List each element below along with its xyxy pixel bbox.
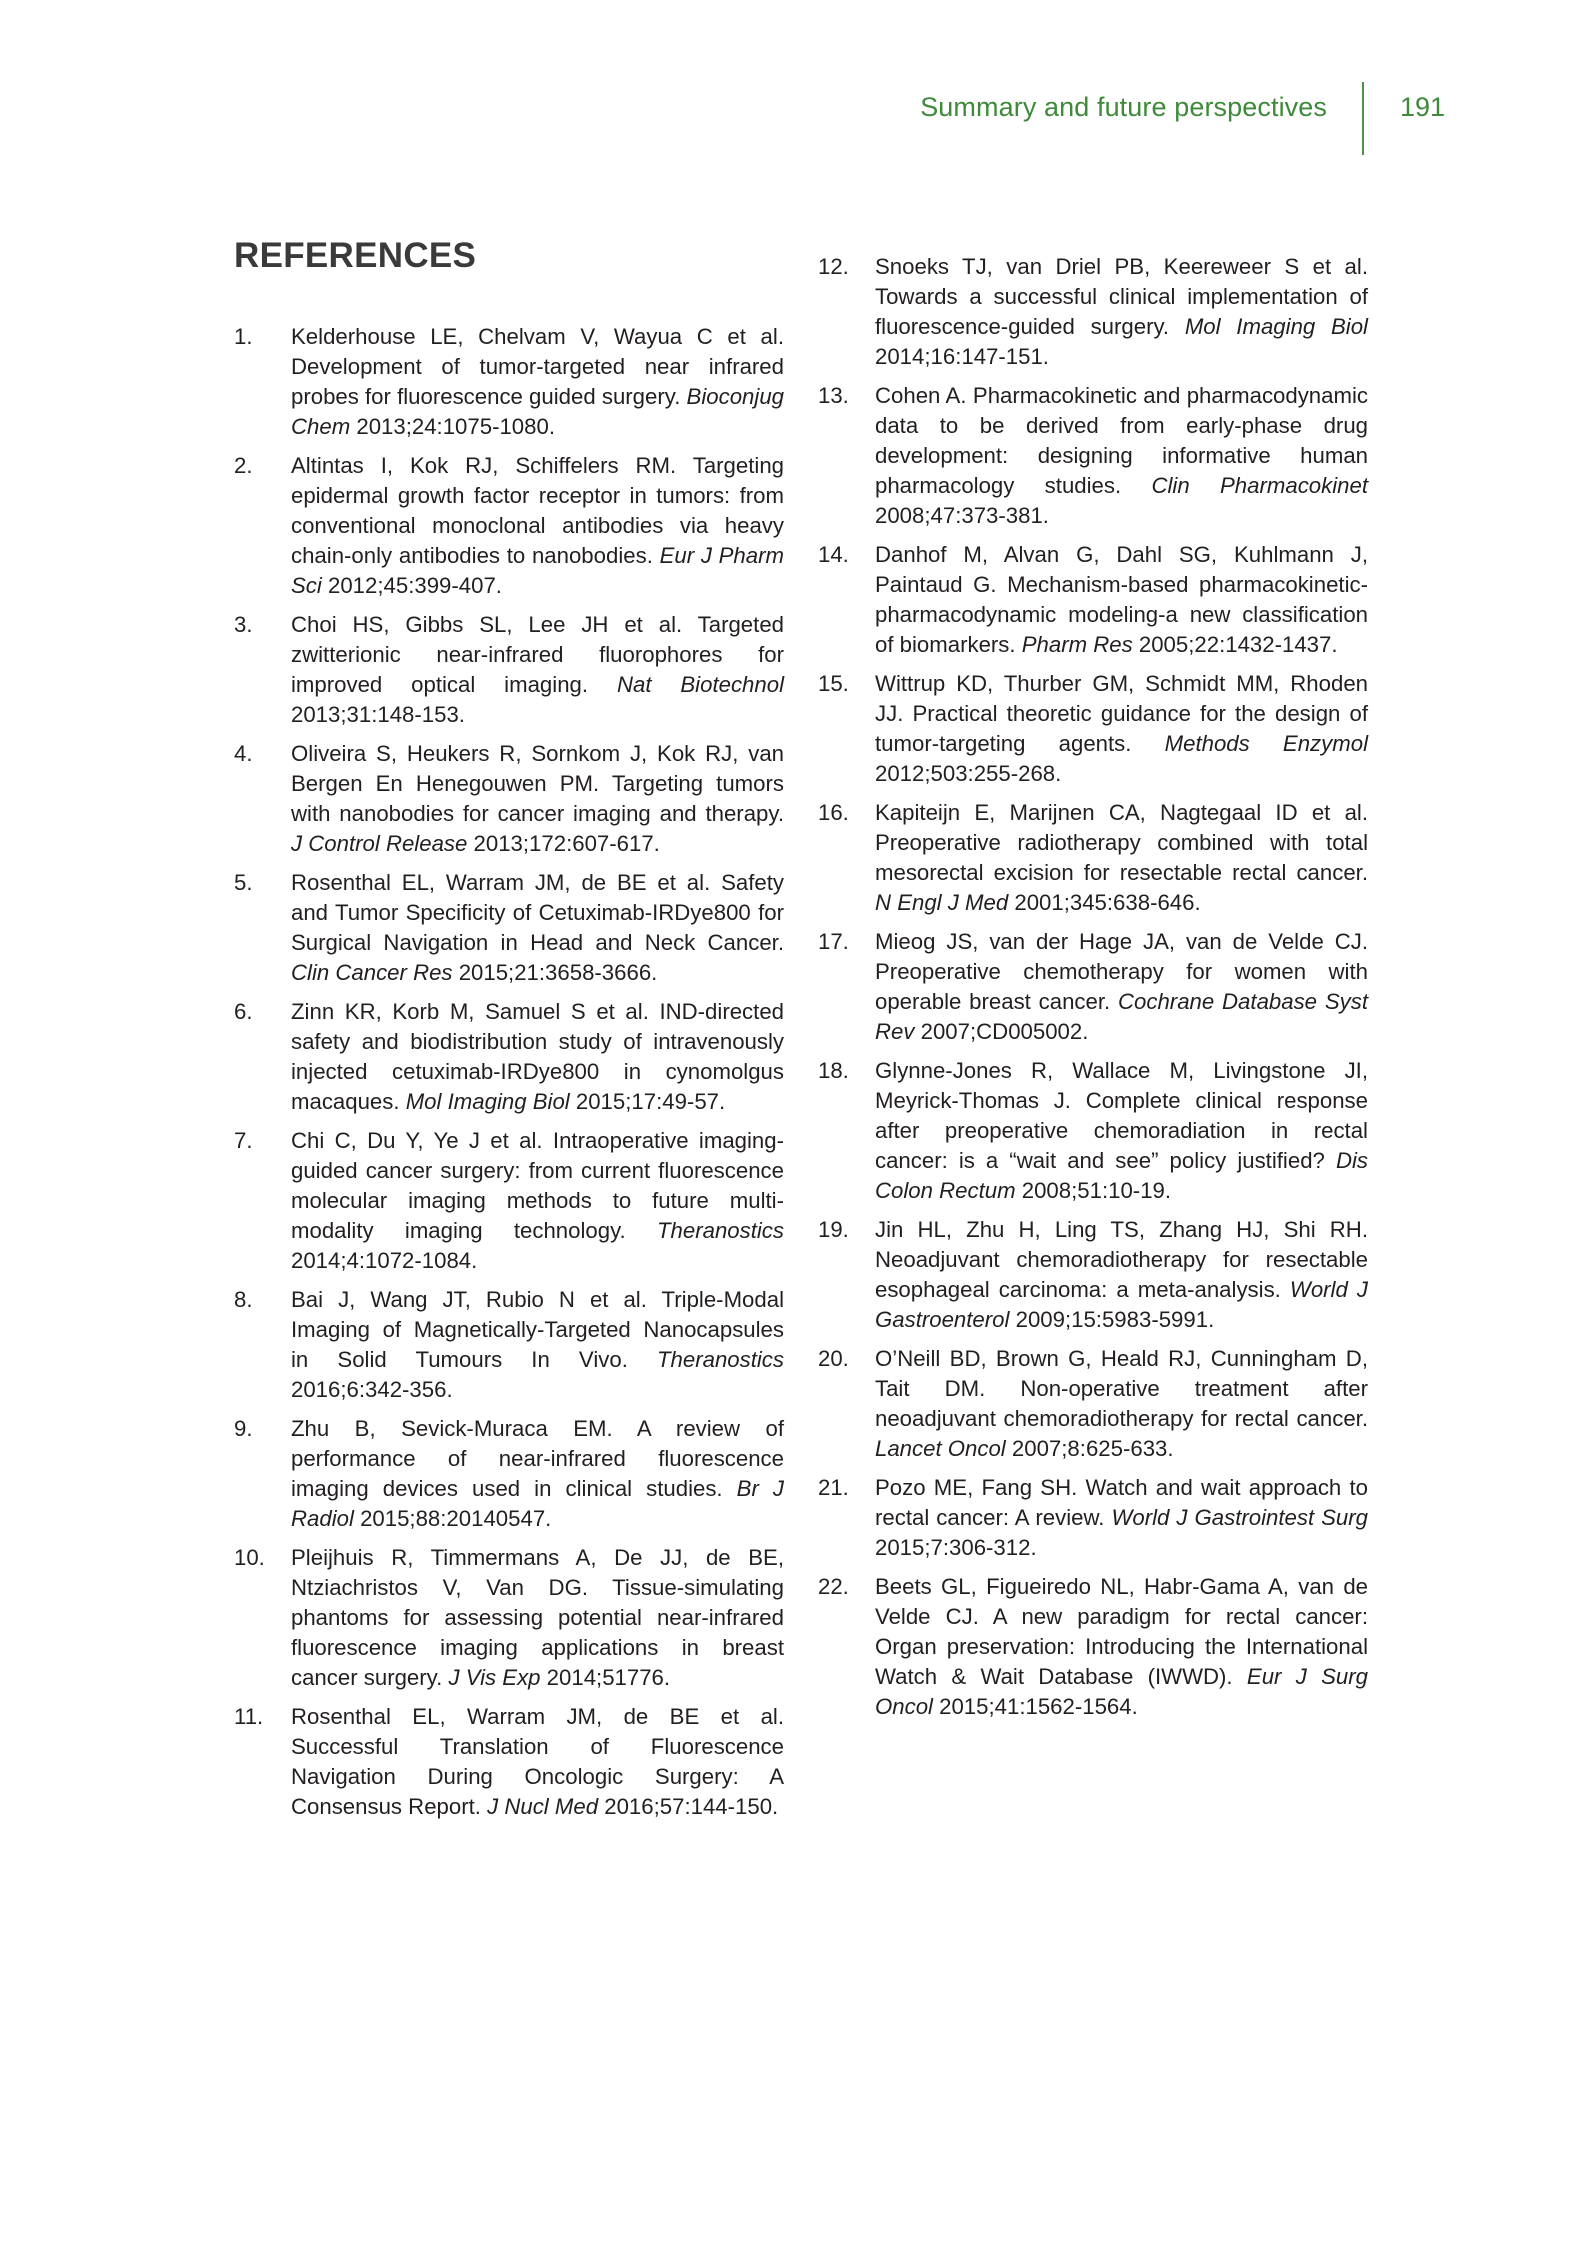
reference-item: 16.Kapiteijn E, Marijnen CA, Nagtegaal I… bbox=[818, 798, 1368, 918]
reference-list-left: 1.Kelderhouse LE, Chelvam V, Wayua C et … bbox=[234, 322, 784, 1822]
reference-item: 7.Chi C, Du Y, Ye J et al. Intraoperativ… bbox=[234, 1126, 784, 1276]
reference-citation: 2009;15:5983-5991. bbox=[1009, 1307, 1214, 1332]
reference-citation: 2013;31:148-153. bbox=[291, 702, 465, 727]
reference-item: 6.Zinn KR, Korb M, Samuel S et al. IND-d… bbox=[234, 997, 784, 1117]
reference-text: Mieog JS, van der Hage JA, van de Velde … bbox=[875, 927, 1368, 1047]
reference-item: 18.Glynne-Jones R, Wallace M, Livingston… bbox=[818, 1056, 1368, 1206]
reference-item: 12.Snoeks TJ, van Driel PB, Keereweer S … bbox=[818, 252, 1368, 372]
reference-item: 13.Cohen A. Pharmacokinetic and pharmaco… bbox=[818, 381, 1368, 531]
reference-citation: 2007;CD005002. bbox=[914, 1019, 1088, 1044]
reference-text: Zinn KR, Korb M, Samuel S et al. IND-dir… bbox=[291, 997, 784, 1117]
reference-journal: Pharm Res bbox=[1022, 632, 1133, 657]
reference-number: 20. bbox=[818, 1344, 875, 1464]
reference-list-right: 12.Snoeks TJ, van Driel PB, Keereweer S … bbox=[818, 252, 1368, 1722]
reference-item: 22.Beets GL, Figueiredo NL, Habr-Gama A,… bbox=[818, 1572, 1368, 1722]
reference-text: Snoeks TJ, van Driel PB, Keereweer S et … bbox=[875, 252, 1368, 372]
reference-item: 21.Pozo ME, Fang SH. Watch and wait appr… bbox=[818, 1473, 1368, 1563]
reference-citation: 2014;4:1072-1084. bbox=[291, 1248, 477, 1273]
reference-number: 11. bbox=[234, 1702, 291, 1822]
running-title: Summary and future perspectives bbox=[920, 92, 1327, 123]
reference-journal: Clin Pharmacokinet bbox=[1151, 473, 1368, 498]
reference-journal: Methods Enzymol bbox=[1165, 731, 1368, 756]
reference-citation: 2012;45:399-407. bbox=[322, 573, 502, 598]
reference-journal: Nat Biotechnol bbox=[617, 672, 784, 697]
reference-citation: 2016;57:144-150. bbox=[598, 1794, 778, 1819]
section-heading: REFERENCES bbox=[234, 236, 476, 276]
reference-text: Oliveira S, Heukers R, Sornkom J, Kok RJ… bbox=[291, 739, 784, 859]
reference-journal: J Control Release bbox=[291, 831, 467, 856]
reference-item: 8.Bai J, Wang JT, Rubio N et al. Triple-… bbox=[234, 1285, 784, 1405]
reference-text: Rosenthal EL, Warram JM, de BE et al. Su… bbox=[291, 1702, 784, 1822]
reference-citation: 2016;6:342-356. bbox=[291, 1377, 453, 1402]
reference-citation: 2015;41:1562-1564. bbox=[933, 1694, 1138, 1719]
reference-text: Glynne-Jones R, Wallace M, Livingstone J… bbox=[875, 1056, 1368, 1206]
reference-journal: Clin Cancer Res bbox=[291, 960, 453, 985]
reference-number: 7. bbox=[234, 1126, 291, 1276]
reference-number: 16. bbox=[818, 798, 875, 918]
reference-item: 10.Pleijhuis R, Timmermans A, De JJ, de … bbox=[234, 1543, 784, 1693]
reference-journal: Theranostics bbox=[657, 1347, 784, 1372]
reference-text: Choi HS, Gibbs SL, Lee JH et al. Targete… bbox=[291, 610, 784, 730]
reference-authors-title: Kapiteijn E, Marijnen CA, Nagtegaal ID e… bbox=[875, 800, 1368, 885]
reference-text: Zhu B, Sevick-Muraca EM. A review of per… bbox=[291, 1414, 784, 1534]
reference-number: 13. bbox=[818, 381, 875, 531]
reference-number: 18. bbox=[818, 1056, 875, 1206]
reference-citation: 2014;16:147-151. bbox=[875, 344, 1049, 369]
reference-number: 6. bbox=[234, 997, 291, 1117]
reference-citation: 2001;345:638-646. bbox=[1008, 890, 1200, 915]
reference-item: 15.Wittrup KD, Thurber GM, Schmidt MM, R… bbox=[818, 669, 1368, 789]
reference-text: O’Neill BD, Brown G, Heald RJ, Cunningha… bbox=[875, 1344, 1368, 1464]
reference-authors-title: Glynne-Jones R, Wallace M, Livingstone J… bbox=[875, 1058, 1368, 1173]
reference-citation: 2005;22:1432-1437. bbox=[1133, 632, 1338, 657]
reference-item: 4.Oliveira S, Heukers R, Sornkom J, Kok … bbox=[234, 739, 784, 859]
reference-text: Cohen A. Pharmacokinetic and pharmacodyn… bbox=[875, 381, 1368, 531]
reference-text: Altintas I, Kok RJ, Schiffelers RM. Targ… bbox=[291, 451, 784, 601]
reference-citation: 2014;51776. bbox=[541, 1665, 671, 1690]
reference-citation: 2013;172:607-617. bbox=[467, 831, 659, 856]
reference-number: 10. bbox=[234, 1543, 291, 1693]
reference-number: 21. bbox=[818, 1473, 875, 1563]
reference-number: 3. bbox=[234, 610, 291, 730]
reference-item: 20.O’Neill BD, Brown G, Heald RJ, Cunnin… bbox=[818, 1344, 1368, 1464]
reference-item: 5.Rosenthal EL, Warram JM, de BE et al. … bbox=[234, 868, 784, 988]
reference-citation: 2015;7:306-312. bbox=[875, 1535, 1037, 1560]
reference-journal: J Vis Exp bbox=[448, 1665, 540, 1690]
reference-item: 11.Rosenthal EL, Warram JM, de BE et al.… bbox=[234, 1702, 784, 1822]
reference-text: Kapiteijn E, Marijnen CA, Nagtegaal ID e… bbox=[875, 798, 1368, 918]
reference-authors-title: O’Neill BD, Brown G, Heald RJ, Cunningha… bbox=[875, 1346, 1368, 1431]
reference-number: 14. bbox=[818, 540, 875, 660]
reference-number: 12. bbox=[818, 252, 875, 372]
reference-item: 14.Danhof M, Alvan G, Dahl SG, Kuhlmann … bbox=[818, 540, 1368, 660]
reference-text: Wittrup KD, Thurber GM, Schmidt MM, Rhod… bbox=[875, 669, 1368, 789]
reference-number: 15. bbox=[818, 669, 875, 789]
reference-number: 22. bbox=[818, 1572, 875, 1722]
reference-journal: Theranostics bbox=[657, 1218, 784, 1243]
reference-item: 19.Jin HL, Zhu H, Ling TS, Zhang HJ, Shi… bbox=[818, 1215, 1368, 1335]
reference-citation: 2015;88:20140547. bbox=[354, 1506, 551, 1531]
reference-text: Rosenthal EL, Warram JM, de BE et al. Sa… bbox=[291, 868, 784, 988]
reference-text: Beets GL, Figueiredo NL, Habr-Gama A, va… bbox=[875, 1572, 1368, 1722]
reference-authors-title: Rosenthal EL, Warram JM, de BE et al. Sa… bbox=[291, 870, 784, 955]
reference-item: 17.Mieog JS, van der Hage JA, van de Vel… bbox=[818, 927, 1368, 1047]
reference-text: Bai J, Wang JT, Rubio N et al. Triple-Mo… bbox=[291, 1285, 784, 1405]
references-column-left: 1.Kelderhouse LE, Chelvam V, Wayua C et … bbox=[234, 322, 784, 1831]
reference-number: 9. bbox=[234, 1414, 291, 1534]
reference-text: Pozo ME, Fang SH. Watch and wait approac… bbox=[875, 1473, 1368, 1563]
reference-journal: N Engl J Med bbox=[875, 890, 1008, 915]
reference-journal: J Nucl Med bbox=[487, 1794, 598, 1819]
reference-number: 1. bbox=[234, 322, 291, 442]
reference-journal: Mol Imaging Biol bbox=[1185, 314, 1368, 339]
page-number: 191 bbox=[1400, 92, 1445, 123]
reference-citation: 2015;21:3658-3666. bbox=[453, 960, 658, 985]
reference-citation: 2008;51:10-19. bbox=[1016, 1178, 1171, 1203]
reference-citation: 2012;503:255-268. bbox=[875, 761, 1061, 786]
reference-item: 2.Altintas I, Kok RJ, Schiffelers RM. Ta… bbox=[234, 451, 784, 601]
reference-item: 1.Kelderhouse LE, Chelvam V, Wayua C et … bbox=[234, 322, 784, 442]
reference-authors-title: Zhu B, Sevick-Muraca EM. A review of per… bbox=[291, 1416, 784, 1501]
reference-text: Danhof M, Alvan G, Dahl SG, Kuhlmann J, … bbox=[875, 540, 1368, 660]
reference-journal: World J Gastrointest Surg bbox=[1111, 1505, 1368, 1530]
reference-item: 9.Zhu B, Sevick-Muraca EM. A review of p… bbox=[234, 1414, 784, 1534]
reference-text: Chi C, Du Y, Ye J et al. Intraoperative … bbox=[291, 1126, 784, 1276]
header-divider bbox=[1362, 82, 1364, 155]
reference-text: Pleijhuis R, Timmermans A, De JJ, de BE,… bbox=[291, 1543, 784, 1693]
reference-citation: 2013;24:1075-1080. bbox=[350, 414, 555, 439]
reference-number: 8. bbox=[234, 1285, 291, 1405]
reference-authors-title: Oliveira S, Heukers R, Sornkom J, Kok RJ… bbox=[291, 741, 784, 826]
reference-number: 19. bbox=[818, 1215, 875, 1335]
reference-number: 2. bbox=[234, 451, 291, 601]
reference-journal: Lancet Oncol bbox=[875, 1436, 1006, 1461]
reference-number: 5. bbox=[234, 868, 291, 988]
running-header: Summary and future perspectives 191 bbox=[0, 0, 1593, 160]
reference-journal: Mol Imaging Biol bbox=[406, 1089, 570, 1114]
reference-citation: 2015;17:49-57. bbox=[570, 1089, 725, 1114]
reference-text: Kelderhouse LE, Chelvam V, Wayua C et al… bbox=[291, 322, 784, 442]
reference-item: 3.Choi HS, Gibbs SL, Lee JH et al. Targe… bbox=[234, 610, 784, 730]
reference-text: Jin HL, Zhu H, Ling TS, Zhang HJ, Shi RH… bbox=[875, 1215, 1368, 1335]
reference-citation: 2008;47:373-381. bbox=[875, 503, 1049, 528]
reference-citation: 2007;8:625-633. bbox=[1006, 1436, 1174, 1461]
references-column-right: 12.Snoeks TJ, van Driel PB, Keereweer S … bbox=[818, 252, 1368, 1731]
reference-number: 4. bbox=[234, 739, 291, 859]
reference-number: 17. bbox=[818, 927, 875, 1047]
